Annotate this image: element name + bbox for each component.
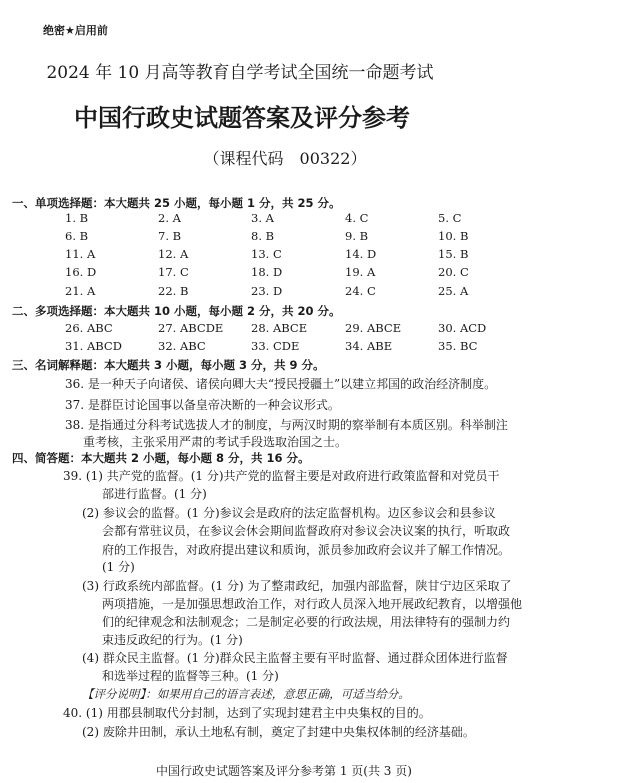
answer-item: 2. A — [158, 211, 181, 225]
answer-item: 30. ACD — [438, 321, 486, 335]
answer-item: 17. C — [158, 265, 189, 279]
grading-note: 【评分说明】：如果用自己的语言表述，意思正确，可适当给分。 — [82, 686, 410, 702]
answer-item: 33. CDE — [251, 339, 299, 353]
answer-39-line: 束违反政纪的行为。(1 分) — [102, 631, 243, 648]
answer-item: 20. C — [438, 265, 469, 279]
answer-item: 26. ABC — [65, 321, 113, 335]
answer-39-line: (3) 行政系统内部监督。(1 分) 为了整肃政纪，加强内部监督，陕甘宁边区采取… — [82, 577, 511, 594]
answer-40-line: (2) 废除井田制，承认土地私有制，奠定了封建中央集权体制的经济基础。 — [82, 723, 475, 740]
answer-item: 19. A — [345, 265, 375, 279]
section3-heading: 三、名词解释题：本大题共 3 小题，每小题 3 分，共 9 分。 — [12, 357, 325, 373]
answer-40-line: 40. (1) 用郡县制取代分封制，达到了实现封建君主中央集权的目的。 — [63, 704, 431, 721]
answer-item: 1. B — [65, 211, 88, 225]
answer-item: 6. B — [65, 229, 88, 243]
answer-item: 5. C — [438, 211, 461, 225]
answer-item: 23. D — [251, 284, 282, 298]
page-footer: 中国行政史试题答案及评分参考第 1 页(共 3 页) — [0, 762, 568, 779]
answer-39-line: 会都有常驻议员，在参议会休会期间监督政府对参议会决议案的执行，听取政 — [102, 522, 510, 539]
answer-39-line: 府的工作报告，对政府提出建议和质询，派员参加政府会议并了解工作情况。 — [102, 541, 510, 558]
answer-39-line: (2) 参议会的监督。(1 分)参议会是政府的法定监督机构。边区参议会和县参议 — [82, 504, 496, 521]
answer-item: 15. B — [438, 247, 468, 261]
answer-39-line: 两项措施，一是加强思想政治工作，对行政人员深入地开展政纪教育，以增强他 — [102, 595, 522, 612]
answer-39-line: 们的纪律观念和法制观念；二是制定必要的行政法规，用法律特有的强制力约 — [102, 613, 510, 630]
answer-item: 21. A — [65, 284, 95, 298]
course-code: （课程代码 00322） — [0, 146, 570, 169]
answer-item: 10. B — [438, 229, 468, 243]
answer-item: 12. A — [158, 247, 188, 261]
answer-39-line: (1 分) — [102, 558, 135, 575]
answer-item: 4. C — [345, 211, 368, 225]
confidential-label: 绝密★启用前 — [43, 22, 108, 38]
answer-38: 38. 是指通过分科考试选拔人才的制度，与两汉时期的察举制有本质区别。科举制注 — [65, 416, 508, 433]
answer-39-line: (4) 群众民主监督。(1 分)群众民主监督主要有平时监督、通过群众团体进行监督 — [82, 649, 508, 666]
answer-39-line: 部进行监督。(1 分) — [102, 485, 207, 502]
answer-item: 7. B — [158, 229, 181, 243]
answer-item: 9. B — [345, 229, 368, 243]
answer-item: 25. A — [438, 284, 468, 298]
section4-heading: 四、简答题：本大题共 2 小题，每小题 8 分，共 16 分。 — [12, 450, 310, 466]
answer-item: 28. ABCE — [251, 321, 307, 335]
answer-item: 22. B — [158, 284, 188, 298]
answer-item: 3. A — [251, 211, 274, 225]
answer-item: 32. ABC — [158, 339, 206, 353]
answer-item: 13. C — [251, 247, 282, 261]
answer-item: 29. ABCE — [345, 321, 401, 335]
answer-36: 36. 是一种天子向诸侯、诸侯向卿大夫“授民授疆土”以建立邦国的政治经济制度。 — [65, 375, 496, 392]
answer-item: 16. D — [65, 265, 96, 279]
document-title: 中国行政史试题答案及评分参考 — [0, 98, 484, 133]
answer-item: 34. ABE — [345, 339, 392, 353]
answer-39-line: 39. (1) 共产党的监督。(1 分)共产党的监督主要是对政府进行政策监督和对… — [63, 467, 500, 484]
answer-item: 14. D — [345, 247, 376, 261]
answer-item: 24. C — [345, 284, 376, 298]
answer-item: 11. A — [65, 247, 95, 261]
answer-item: 35. BC — [438, 339, 477, 353]
exam-title: 2024 年 10 月高等教育自学考试全国统一命题考试 — [0, 58, 480, 83]
answer-item: 27. ABCDE — [158, 321, 223, 335]
answer-39-line: 和选举过程的监督等三种。(1 分) — [102, 667, 279, 684]
answer-item: 8. B — [251, 229, 274, 243]
answer-item: 18. D — [251, 265, 282, 279]
section2-heading: 二、多项选择题：本大题共 10 小题，每小题 2 分，共 20 分。 — [12, 303, 341, 319]
section1-heading: 一、单项选择题：本大题共 25 小题，每小题 1 分，共 25 分。 — [12, 195, 341, 211]
answer-37: 37. 是群臣讨论国事以备皇帝决断的一种会议形式。 — [65, 396, 340, 413]
answer-item: 31. ABCD — [65, 339, 122, 353]
answer-38-continued: 重考核，主张采用严肃的考试手段选取治国之士。 — [83, 433, 347, 450]
